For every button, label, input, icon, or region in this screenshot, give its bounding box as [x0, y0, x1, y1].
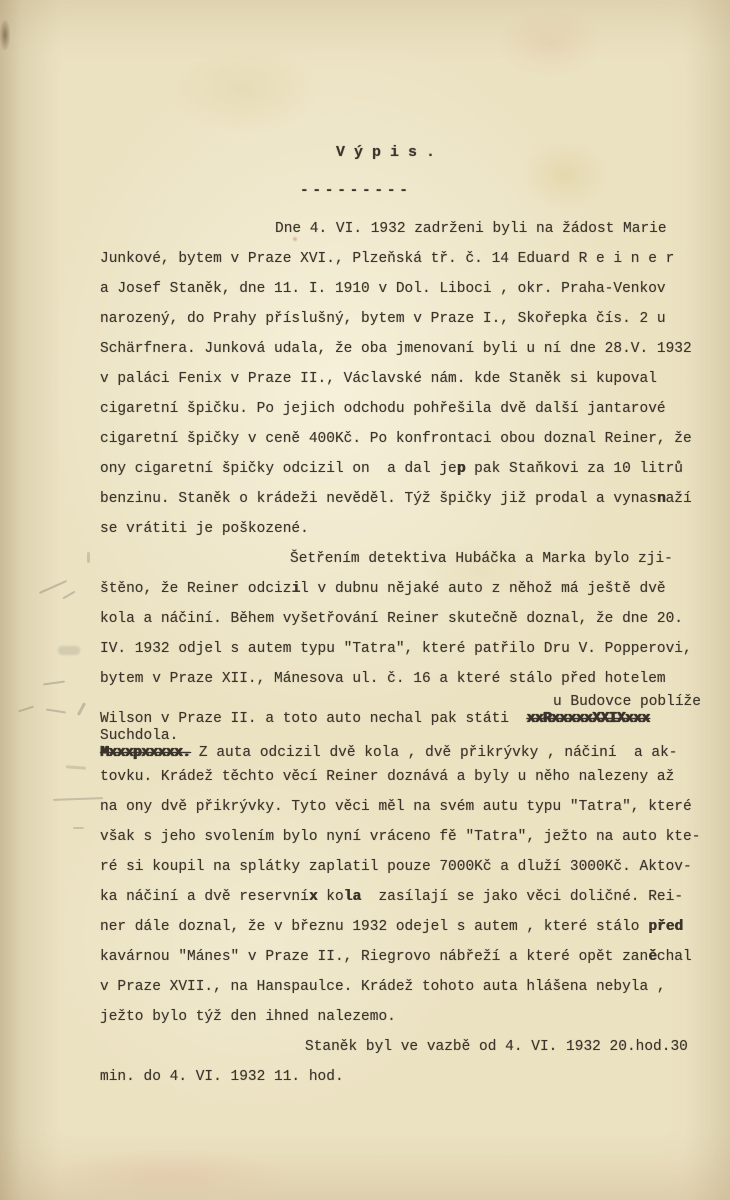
typed-text: u Budovce poblíže [553, 694, 701, 710]
typed-text: ony cigaretní špičky odcizil on a dal je [100, 461, 457, 477]
typed-text: benzinu. Staněk o krádeži nevěděl. Týž š… [100, 491, 657, 507]
doc-line: benzinu. Staněk o krádeži nevěděl. Týž š… [100, 484, 718, 514]
paper-stain [170, 45, 320, 135]
doc-line: Wilson v Praze II. a toto auto nechal pa… [100, 711, 718, 728]
pencil-mark [39, 580, 67, 594]
doc-line: Šetřením detektiva Hubáčka a Marka bylo … [100, 544, 718, 574]
typed-text: ježto bylo týž den ihned nalezemo. [100, 1009, 396, 1025]
typed-text: ka náčiní a dvě reservní [100, 889, 309, 905]
document-title: V ý p i s . [336, 144, 435, 161]
pencil-mark [66, 765, 86, 769]
typed-text: zasílají se jako věci doličné. Rei- [361, 889, 683, 905]
typed-text: však s jeho svolením bylo nyní vráceno f… [100, 829, 700, 845]
typed-text: Wilson v Praze II. a toto auto nechal pa… [100, 711, 526, 727]
typed-text: Suchdola. [100, 728, 178, 744]
typed-text: kavárnou "Mánes" v Praze II., Riegrovo n… [100, 949, 648, 965]
doc-line: ka náčiní a dvě reservníx kola zasílají … [100, 882, 718, 912]
typed-text: n [657, 491, 666, 507]
pencil-mark [18, 706, 34, 713]
pencil-mark [87, 552, 90, 563]
typed-text: min. do 4. VI. 1932 11. hod. [100, 1069, 344, 1085]
typed-text: chal [657, 949, 692, 965]
typed-text: na ony dvě přikrývky. Tyto věci měl na s… [100, 799, 692, 815]
pencil-mark [43, 680, 65, 685]
typed-text: ner dále doznal, že v březnu 1932 odejel… [100, 919, 648, 935]
pencil-mark [62, 591, 75, 600]
typed-text: pak Staňkovi za 10 litrů [465, 461, 683, 477]
doc-line: ony cigaretní špičky odcizil on a dal je… [100, 454, 718, 484]
typed-text: la [344, 889, 361, 905]
doc-line: IV. 1932 odjel s autem typu "Tatra", kte… [100, 634, 718, 664]
typed-text: i [291, 581, 300, 597]
doc-line: Suchdola. [100, 728, 718, 745]
pencil-mark [58, 646, 80, 655]
document-lines: Dne 4. VI. 1932 zadrženi byli na žádost … [100, 214, 718, 1092]
title-underline: - - - - - - - - - [300, 184, 435, 198]
doc-line: v paláci Fenix v Praze II., Václavské ná… [100, 364, 718, 394]
typed-text: x [309, 889, 318, 905]
doc-line: Dne 4. VI. 1932 zadrženi byli na žádost … [100, 214, 718, 244]
doc-line: ré si koupil na splátky zaplatil pouze 7… [100, 852, 718, 882]
edge-dark-spot [0, 20, 10, 50]
typed-text: Staněk byl ve vazbě od 4. VI. 1932 20.ho… [305, 1039, 688, 1055]
paper-stain [520, 140, 610, 210]
typed-text: IV. 1932 odjel s autem typu "Tatra", kte… [100, 641, 692, 657]
doc-line: Junkové, bytem v Praze XVI., Plzeňská tř… [100, 244, 718, 274]
doc-line: u Budovce poblíže [100, 694, 718, 711]
typed-text: v Praze XVII., na Hanspaulce. Krádež toh… [100, 979, 666, 995]
typed-text: Z auta odcizil dvě kola , dvě přikrývky … [190, 745, 677, 761]
pencil-mark [53, 797, 103, 801]
struck-out-text: Mxxxpxxxxx. [100, 745, 190, 761]
typed-text: v paláci Fenix v Praze II., Václavské ná… [100, 371, 657, 387]
doc-line: cigaretní špičku. Po jejich odchodu pohř… [100, 394, 718, 424]
doc-line: bytem v Praze XII., Mánesova ul. č. 16 a… [100, 664, 718, 694]
doc-line: na ony dvě přikrývky. Tyto věci měl na s… [100, 792, 718, 822]
doc-line: v Praze XVII., na Hanspaulce. Krádež toh… [100, 972, 718, 1002]
typed-text: l v dubnu nějaké auto z něhož má ještě d… [300, 581, 665, 597]
typed-text: bytem v Praze XII., Mánesova ul. č. 16 a… [100, 671, 666, 687]
typed-text: narozený, do Prahy příslušný, bytem v Pr… [100, 311, 666, 327]
typed-text: tovku. Krádež těchto věcí Reiner doznává… [100, 769, 674, 785]
doc-line: tovku. Krádež těchto věcí Reiner doznává… [100, 762, 718, 792]
doc-line: kavárnou "Mánes" v Praze II., Riegrovo n… [100, 942, 718, 972]
pencil-mark [46, 708, 66, 713]
typed-text: kola a náčiní. Během vyšetřování Reiner … [100, 611, 683, 627]
doc-line: Schärfnera. Junková udala, že oba jmenov… [100, 334, 718, 364]
typed-text: Junkové, bytem v Praze XVI., Plzeňská tř… [100, 251, 674, 267]
doc-line: a Josef Staněk, dne 11. I. 1910 v Dol. L… [100, 274, 718, 304]
pencil-mark [77, 702, 86, 716]
typed-text: štěno, že Reiner odciz [100, 581, 291, 597]
typed-text: ě [648, 949, 657, 965]
pencil-mark [73, 827, 84, 829]
doc-line: Staněk byl ve vazbě od 4. VI. 1932 20.ho… [100, 1032, 718, 1062]
typed-text: před [648, 919, 683, 935]
typed-text: Schärfnera. Junková udala, že oba jmenov… [100, 341, 692, 357]
struck-out-text: xxRxxxxxXXIXxxx [526, 711, 649, 727]
typed-text: cigaretní špičku. Po jejich odchodu pohř… [100, 401, 666, 417]
typed-text: Šetřením detektiva Hubáčka a Marka bylo … [290, 551, 673, 567]
doc-line: se vrátiti je poškozené. [100, 514, 718, 544]
typed-text: cigaretní špičky v ceně 400Kč. Po konfro… [100, 431, 692, 447]
doc-line: kola a náčiní. Během vyšetřování Reiner … [100, 604, 718, 634]
typed-text: se vrátiti je poškozené. [100, 521, 309, 537]
scanned-document-page: V ý p i s . - - - - - - - - - Dne 4. VI.… [0, 0, 730, 1200]
paper-stain [60, 1150, 280, 1200]
doc-line: min. do 4. VI. 1932 11. hod. [100, 1062, 718, 1092]
typed-text: aží [666, 491, 692, 507]
doc-line: štěno, že Reiner odcizil v dubnu nějaké … [100, 574, 718, 604]
typed-text: a Josef Staněk, dne 11. I. 1910 v Dol. L… [100, 281, 666, 297]
paper-stain [495, 8, 605, 78]
doc-line: Mxxxpxxxxx. Z auta odcizil dvě kola , dv… [100, 745, 718, 762]
doc-line: však s jeho svolením bylo nyní vráceno f… [100, 822, 718, 852]
doc-line: cigaretní špičky v ceně 400Kč. Po konfro… [100, 424, 718, 454]
doc-line: narozený, do Prahy příslušný, bytem v Pr… [100, 304, 718, 334]
doc-line: ner dále doznal, že v březnu 1932 odejel… [100, 912, 718, 942]
typed-text: Dne 4. VI. 1932 zadrženi byli na žádost … [275, 221, 667, 237]
typed-text: ré si koupil na splátky zaplatil pouze 7… [100, 859, 692, 875]
doc-line: ježto bylo týž den ihned nalezemo. [100, 1002, 718, 1032]
typed-text: ko [318, 889, 344, 905]
